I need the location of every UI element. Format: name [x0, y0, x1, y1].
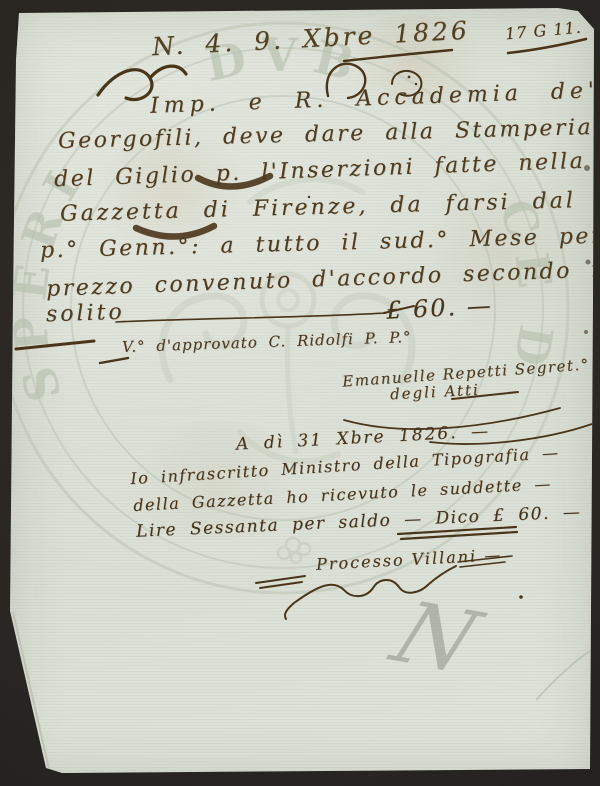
body-line: prezzo convenuto d'accordo secondo il — [46, 257, 600, 302]
archival-number: 17 G 11. — [504, 18, 582, 44]
paper-cut-edge — [13, 612, 49, 769]
body-line: p.° Genn.°: a tutto il sud.° Mese per — [40, 224, 600, 264]
edge-dirt — [584, 165, 591, 334]
secretary-office: degli Atti — [390, 381, 481, 404]
approval-visto: V.° d'approvato C. Ridolfi P. P.° — [122, 328, 412, 356]
margin-dash-small — [100, 358, 128, 363]
date-underline — [344, 50, 452, 61]
total-rule — [116, 313, 386, 322]
printer-signature: Processo Villani — — [316, 545, 503, 574]
document-paper: SPERI DVB CE D — [0, 0, 600, 786]
total-amount: £ 60. — — [385, 291, 493, 325]
photo-backdrop: SPERI DVB CE D — [0, 0, 600, 786]
body-line: Gazzetta di Firenze, da farsi dal — [60, 188, 576, 226]
body-line: Imp. e R. Accademia de' — [150, 78, 600, 119]
header-date: N. 4. 9. Xbre 1826 — [151, 16, 470, 62]
body-line: del Giglio p. l'Inserzioni fatte nella — [54, 149, 586, 193]
margin-dash — [16, 341, 94, 349]
body-line: Georgofili, deve dare alla Stamperia — [58, 115, 594, 154]
pencil-mark: N — [379, 584, 491, 692]
pencil-stray-line — [536, 647, 596, 700]
flourish-dash — [256, 576, 305, 588]
total-label: solito — [46, 300, 126, 328]
